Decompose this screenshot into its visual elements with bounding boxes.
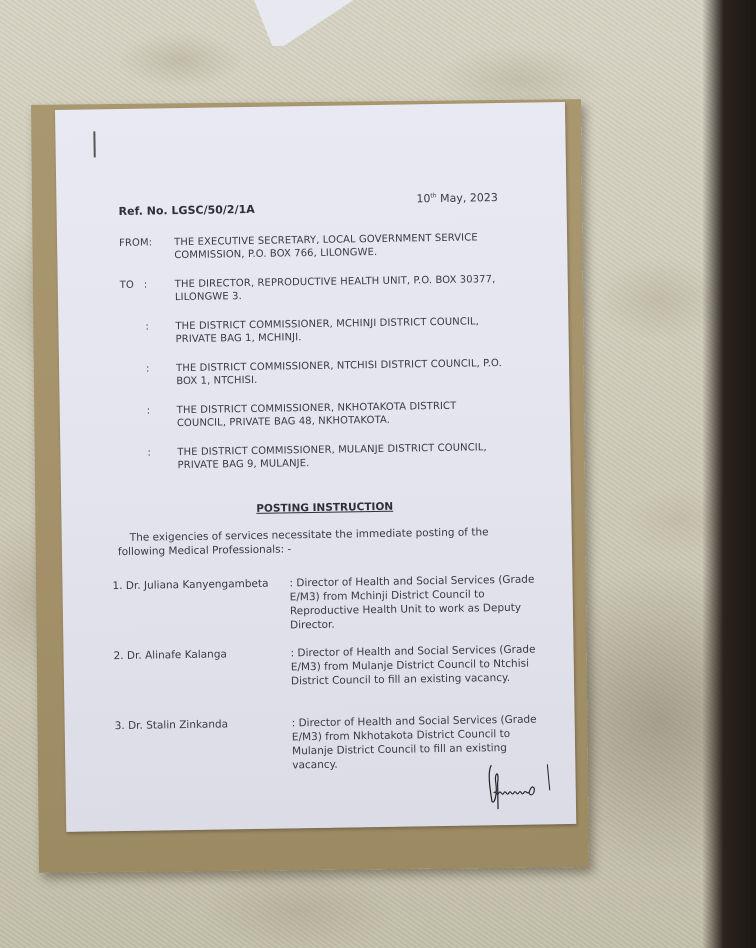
from-address: THE EXECUTIVE SECRETARY, LOCAL GOVERNMEN… [174,231,504,262]
to-label: TO : [120,278,165,292]
to-address: THE DISTRICT COMMISSIONER, MULANJE DISTR… [177,441,507,472]
to-address: THE DISTRICT COMMISSIONER, NTCHISI DISTR… [176,357,506,388]
letter-page: Ref. No. LGSC/50/2/1A 10th May, 2023 FRO… [55,102,576,832]
intro-paragraph: The exigencies of services necessitate t… [118,525,508,559]
posting-description: : Director of Health and Social Services… [289,573,535,633]
to-address: THE DISTRICT COMMISSIONER, MCHINJI DISTR… [175,315,505,346]
posting-name: 3. Dr. Stalin Zinkanda [115,716,290,733]
letter-date: 10th May, 2023 [416,191,498,205]
posting-name: 1. Dr. Juliana Kanyengambeta [112,576,287,593]
posting-name: 2. Dr. Alinafe Kalanga [113,646,288,663]
to-address: THE DISTRICT COMMISSIONER, NKHOTAKOTA DI… [177,399,507,430]
reference-number: Ref. No. LGSC/50/2/1A [119,203,255,218]
to-address: THE DIRECTOR, REPRODUCTIVE HEALTH UNIT, … [175,273,505,304]
pen-mark [93,131,95,157]
dark-surface-edge [702,0,756,948]
posting-description: : Director of Health and Social Services… [290,643,536,689]
from-label: FROM: [119,236,164,250]
signature-icon [485,760,558,811]
letter-heading: POSTING INSTRUCTION [256,501,393,515]
